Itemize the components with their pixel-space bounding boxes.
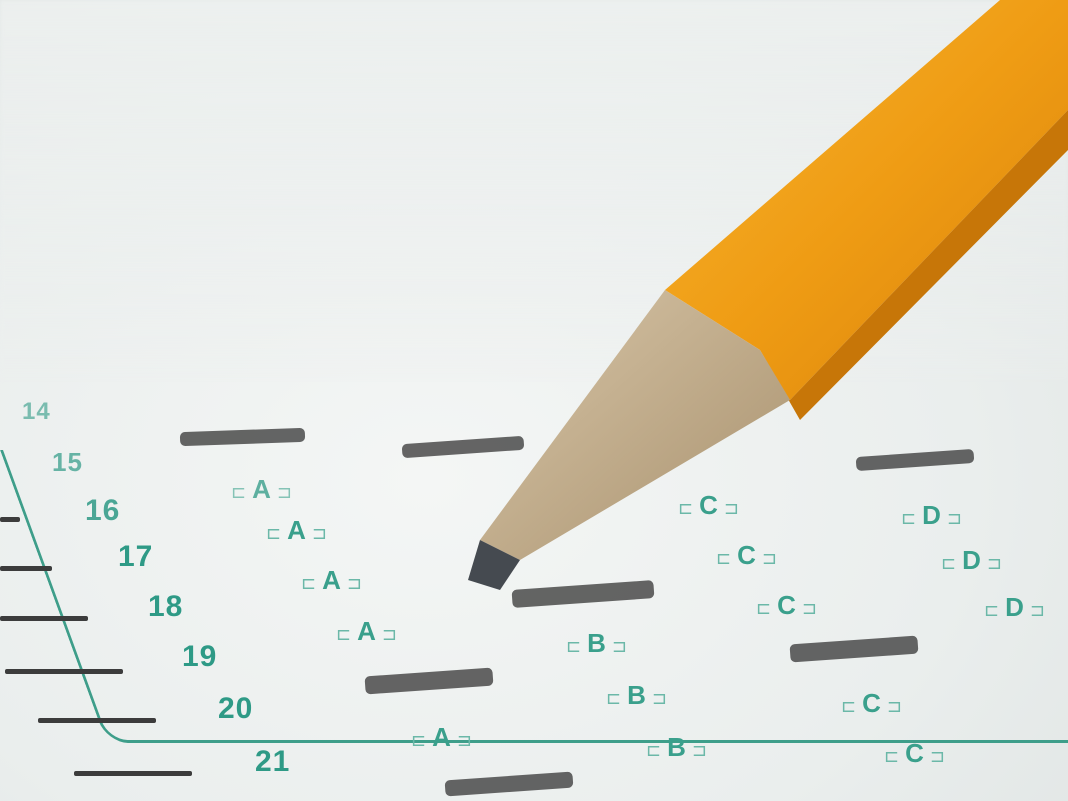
question-number: 19 <box>182 640 217 674</box>
bubble-c[interactable]: ⊏C⊐ <box>835 688 908 719</box>
bubble-a[interactable]: ⊏A⊐ <box>225 474 298 505</box>
timing-mark <box>5 669 123 674</box>
bubble-a[interactable]: ⊏A⊐ <box>405 722 478 753</box>
question-number: 15 <box>52 447 83 478</box>
bubble-a[interactable]: ⊏A⊐ <box>330 616 403 647</box>
question-number: 20 <box>218 692 253 726</box>
bubble-b[interactable]: ⊏B⊐ <box>560 628 633 659</box>
bubble-a[interactable]: ⊏A⊐ <box>295 565 368 596</box>
question-number: 16 <box>85 494 120 528</box>
answer-sheet: 14 15 16 17 18 19 20 21 ⊏A⊐ ⊏A⊐ ⊏C⊐ ⊏D⊐ … <box>0 0 1068 801</box>
question-number: 14 <box>22 398 51 426</box>
filled-bubble[interactable] <box>445 772 574 797</box>
question-number: 17 <box>118 540 153 574</box>
question-number: 21 <box>255 745 290 779</box>
bubble-c[interactable]: ⊏C⊐ <box>878 738 951 769</box>
timing-mark <box>0 566 52 571</box>
timing-mark <box>0 517 20 522</box>
timing-mark <box>38 718 156 723</box>
bubble-b[interactable]: ⊏B⊐ <box>600 680 673 711</box>
question-number: 18 <box>148 590 183 624</box>
timing-mark <box>0 616 88 621</box>
bubble-b[interactable]: ⊏B⊐ <box>640 732 713 763</box>
pencil <box>460 0 1068 600</box>
timing-mark <box>74 771 192 776</box>
filled-bubble[interactable] <box>180 428 305 446</box>
bubble-a[interactable]: ⊏A⊐ <box>260 515 333 546</box>
